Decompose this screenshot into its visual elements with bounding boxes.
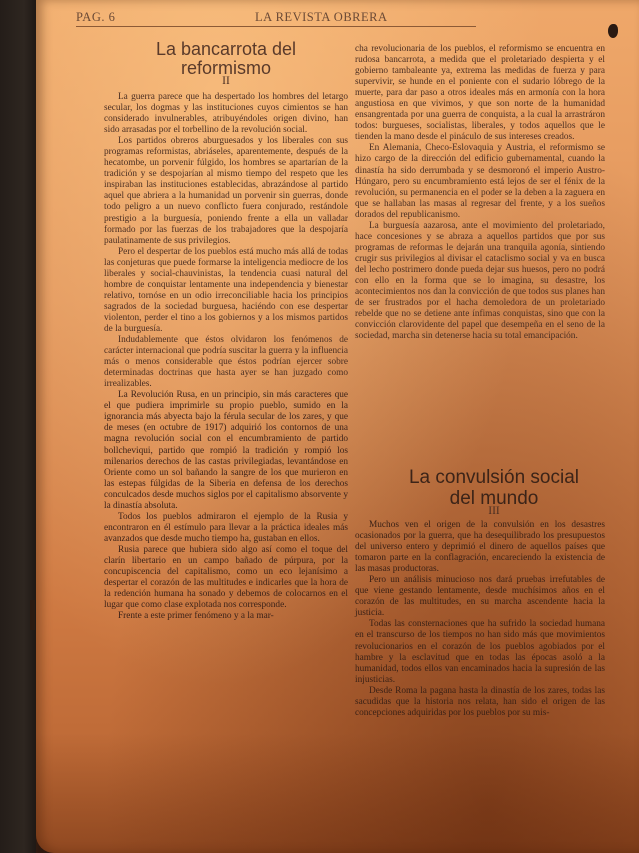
paragraph: Frente a este primer fenómeno y a la mar… [104,611,348,622]
paragraph: La guerra parece que ha despertado los h… [104,92,348,136]
background-surface [0,0,40,853]
article2-column: Muchos ven el origen de la convulsión en… [355,520,605,719]
article-title-convulsion: La convulsión social del mundo [372,467,616,509]
paragraph: Pero un análisis minucioso nos dará prue… [355,575,605,619]
ink-blot [608,24,618,38]
article-title-bancarrota: La bancarrota del reformismo [104,40,348,78]
section-numeral: II [104,75,348,87]
page-header: PAG. 6 LA REVISTA OBRERA [76,8,476,27]
masthead: LA REVISTA OBRERA [255,10,388,25]
article1-left-column: La guerra parece que ha despertado los h… [104,92,348,622]
paragraph: La burguesía aazarosa, ante el movimient… [355,221,605,343]
paragraph: Todos los pueblos admiraron el ejemplo d… [104,512,348,545]
title-line-1: La convulsión social [372,467,616,488]
paragraph: En Alemania, Checo-Eslovaquia y Austria,… [355,143,605,220]
paragraph: Desde Roma la pagana hasta la dinastía d… [355,686,605,719]
paragraph: Los partidos obreros aburguesados y los … [104,136,348,246]
paragraph: Indudablemente que éstos olvidaron los f… [104,335,348,390]
paragraph: Rusia parece que hubiera sido algo así c… [104,545,348,611]
paragraph: Pero el despertar de los pueblos está mu… [104,247,348,335]
paragraph: La Revolución Rusa, en un principio, sin… [104,390,348,512]
page-edge-mark [30,600,35,630]
paragraph: cha revolucionaria de los pueblos, el re… [355,44,605,143]
title-line-1: La bancarrota del [104,40,348,59]
paragraph: Todas las consternaciones que ha sufrido… [355,619,605,685]
article1-right-column: cha revolucionaria de los pueblos, el re… [355,44,605,342]
paragraph: Muchos ven el origen de la convulsión en… [355,520,605,575]
page-number: PAG. 6 [76,10,115,25]
section-numeral: III [372,505,616,517]
